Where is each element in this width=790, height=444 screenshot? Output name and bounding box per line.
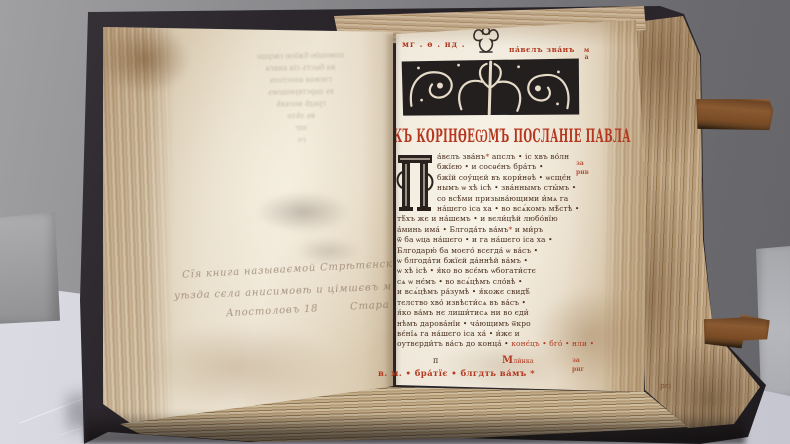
catchword: п bbox=[433, 356, 438, 365]
body-text-line: со всѣ́ми призыва́ющими и́мѧ га bbox=[437, 194, 569, 204]
body-text-line: нымъ ѡ хѣ ісѣ • зва́ннымъ сты́мъ • bbox=[437, 183, 569, 193]
marginal-note: за рнг bbox=[572, 357, 584, 374]
body-text: а́вєлъ зва́нъ* апслъ • іс хвъ во́лнбжїєю… bbox=[397, 152, 569, 350]
showthrough-text: помощїю бжїєю свєршєна быстъ сїя книгагл… bbox=[211, 48, 391, 147]
body-text-line: ѡ хѣ ісѣ • я́ко во всє́мъ ѡбогати́стє bbox=[397, 266, 569, 276]
body-text-line: а́минь има́ • Блгода́ть ва́мъ* и ми́ръ bbox=[397, 225, 569, 235]
gray-board-left bbox=[0, 212, 60, 324]
rubric-abbreviation: мг . ѳ . нд . bbox=[402, 39, 466, 49]
woodcut-headpiece bbox=[397, 49, 583, 122]
body-text-line: и всѧ́цѣмъ ра́зумѣ • я́кожє свидѣ́ bbox=[397, 287, 569, 297]
rubric-corner-note: м а bbox=[584, 48, 589, 61]
body-text-line: ѡ блгода́ти бжїєй да́ннѣй ва́мъ • bbox=[397, 256, 569, 266]
rubric-closing-line: в. м. • бра́тїє • блгдть ва́мъ * bbox=[378, 369, 535, 379]
body-text-line: тѣ́хъ жє и на́шємъ • и вєли́цѣй любо́вїю bbox=[397, 214, 569, 224]
section-initial: М bbox=[502, 355, 513, 366]
body-text-line: а́вєлъ зва́нъ* апслъ • іс хвъ во́лн bbox=[437, 152, 569, 162]
right-page: мг . ѳ . нд . bbox=[395, 18, 650, 394]
body-text-line: бжїй соу́щєй въ кори́нѳѣ • ѡсщє́н bbox=[437, 173, 569, 183]
body-text-line: ѿ ба ѡца на́шєго • и га на́шєго іса ха • bbox=[397, 235, 569, 245]
rubric-section-mark: Мли́нка bbox=[502, 355, 534, 366]
quire-signature: ргі bbox=[660, 381, 672, 391]
left-page: помощїю бжїєю свєршєна быстъ сїя книгагл… bbox=[100, 24, 394, 436]
body-text-line: сѧ ѡ нє́мъ • во всѧ́цѣмъ сло́вѣ • bbox=[397, 277, 569, 287]
ink-smudge bbox=[256, 192, 350, 232]
gutter-shade bbox=[384, 34, 400, 388]
left-page-bottom-stain bbox=[140, 324, 340, 410]
rubric-running-title: па́вєлъ зва́нъ bbox=[509, 45, 575, 54]
chapter-title-vyaz: КЪ КОРІНѲЕѠМЪ ПОСЛАНІЕ ПАВЛА bbox=[393, 126, 570, 149]
body-text-line: Блгодарю́ ба моєго́ всєгда́ ѡ ва́съ • bbox=[397, 246, 569, 256]
body-text-line: оутвєрди́тъ ва́съ до конца́ • конє́цъ • … bbox=[397, 339, 569, 349]
book-bottom-shadow bbox=[85, 412, 745, 444]
body-text-line: вє́нїѧ га на́шєго іса ха́ • и́жє и bbox=[397, 329, 569, 339]
body-text-line: нѣмъ дарова́нїи • ча́ющимъ ѿкро bbox=[397, 319, 569, 329]
body-text-line: на́шєго іса ха • во всѧ́комъ мѣ́стѣ • bbox=[437, 204, 569, 214]
body-text-line: тєлство хво́ извѣсти́сѧ въ ва́съ • bbox=[397, 298, 569, 308]
body-text-line: я́ко ва́мъ нє лиши́тисѧ ни во єди́ bbox=[397, 308, 569, 318]
section-rest: ли́нка bbox=[513, 357, 534, 365]
photo-old-book: помощїю бжїєю свєршєна быстъ сїя книгагл… bbox=[0, 0, 790, 444]
body-text-line: бжїєю • и сосѳє́нъ бра́тъ • bbox=[437, 162, 569, 172]
marginal-note: за рнв bbox=[576, 160, 589, 177]
left-page-corner-stain bbox=[100, 24, 190, 94]
